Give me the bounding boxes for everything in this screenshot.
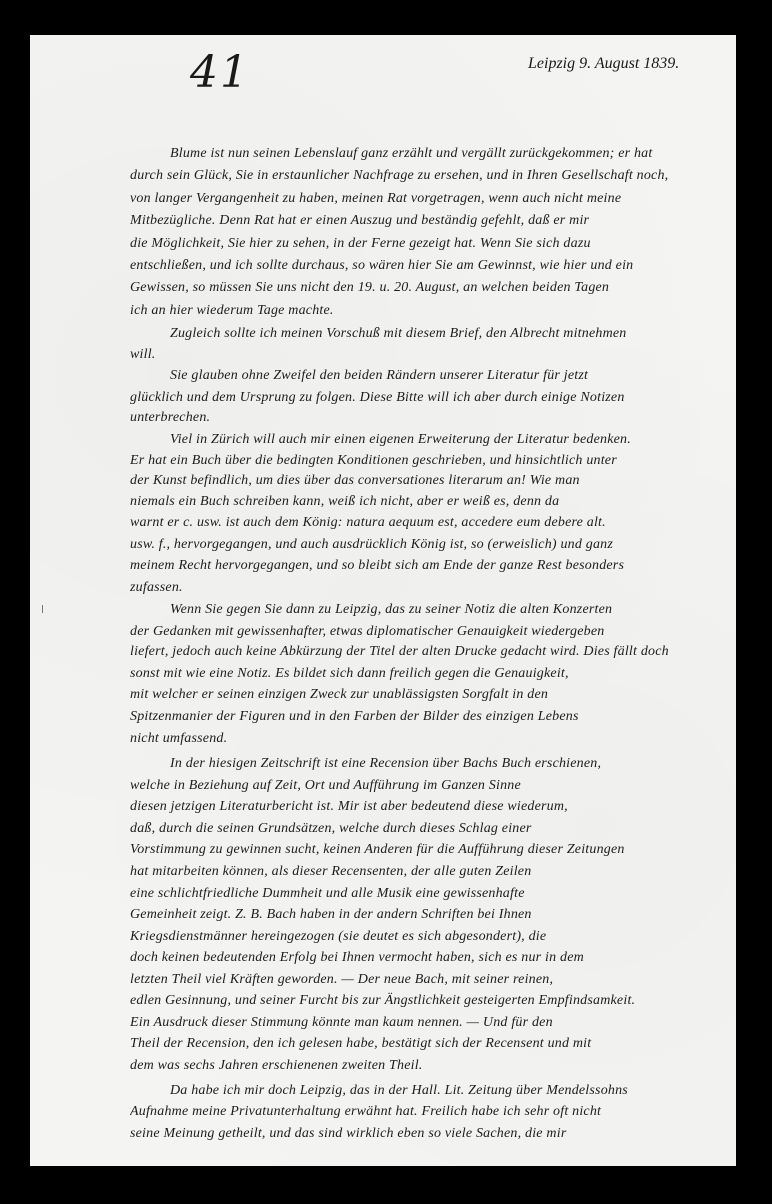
handwritten-line: Wenn Sie gegen Sie dann zu Leipzig, das … xyxy=(170,601,702,619)
handwritten-line: Gewissen, so müssen Sie uns nicht den 19… xyxy=(130,279,702,297)
handwritten-line: Da habe ich mir doch Leipzig, das in der… xyxy=(170,1082,702,1100)
handwritten-line: entschließen, und ich sollte durchaus, s… xyxy=(130,257,702,275)
handwritten-line: warnt er c. usw. ist auch dem König: nat… xyxy=(130,514,702,532)
handwritten-line: Spitzenmanier der Figuren und in den Far… xyxy=(130,708,702,726)
handwritten-line: Sie glauben ohne Zweifel den beiden Ränd… xyxy=(170,367,702,385)
handwritten-line: dem was sechs Jahren erschienenen zweite… xyxy=(130,1057,702,1075)
handwritten-line: Ein Ausdruck dieser Stimmung könnte man … xyxy=(130,1014,702,1032)
handwritten-line: meinem Recht hervorgegangen, und so blei… xyxy=(130,557,702,575)
manuscript-page: 41 Leipzig 9. August 1839. Blume ist nun… xyxy=(30,35,736,1166)
handwritten-line: Gemeinheit zeigt. Z. B. Bach haben in de… xyxy=(130,906,702,924)
handwritten-line: In der hiesigen Zeitschrift ist eine Rec… xyxy=(170,755,702,773)
handwritten-line: Theil der Recension, den ich gelesen hab… xyxy=(130,1035,702,1053)
handwritten-line: will. xyxy=(130,346,702,364)
handwritten-line: der Gedanken mit gewissenhafter, etwas d… xyxy=(130,623,702,641)
handwritten-line: mit welcher er seinen einzigen Zweck zur… xyxy=(130,686,702,704)
handwritten-line: usw. f., hervorgegangen, und auch ausdrü… xyxy=(130,536,702,554)
handwritten-line: sonst mit wie eine Notiz. Es bildet sich… xyxy=(130,665,702,683)
handwritten-line: Mitbezügliche. Denn Rat hat er einen Aus… xyxy=(130,212,702,230)
handwritten-line: die Möglichkeit, Sie hier zu sehen, in d… xyxy=(130,235,702,253)
folio-number: 41 xyxy=(190,47,250,98)
handwritten-line: der Kunst befindlich, um dies über das c… xyxy=(130,472,702,490)
handwritten-line: Er hat ein Buch über die bedingten Kondi… xyxy=(130,452,702,470)
handwritten-line: Vorstimmung zu gewinnen sucht, keinen An… xyxy=(130,841,702,859)
handwritten-line: unterbrechen. xyxy=(130,409,702,427)
handwritten-line: nicht umfassend. xyxy=(130,730,702,748)
handwritten-line: Aufnahme meine Privatunterhaltung erwähn… xyxy=(130,1103,702,1121)
handwritten-line: eine schlichtfriedliche Dummheit und all… xyxy=(130,885,702,903)
handwritten-line: von langer Vergangenheit zu haben, meine… xyxy=(130,190,702,208)
handwritten-line: daß, durch die seinen Grundsätzen, welch… xyxy=(130,820,702,838)
handwritten-line: hat mitarbeiten können, als dieser Recen… xyxy=(130,863,702,881)
handwritten-line: welche in Beziehung auf Zeit, Ort und Au… xyxy=(130,777,702,795)
handwritten-line: doch keinen bedeutenden Erfolg bei Ihnen… xyxy=(130,949,702,967)
handwritten-line: liefert, jedoch auch keine Abkürzung der… xyxy=(130,643,702,661)
handwritten-line: letzten Theil viel Kräften geworden. — D… xyxy=(130,971,702,989)
handwritten-line: edlen Gesinnung, und seiner Furcht bis z… xyxy=(130,992,702,1010)
handwritten-line: durch sein Glück, Sie in erstaunlicher N… xyxy=(130,167,702,185)
handwritten-line: zufassen. xyxy=(130,579,702,597)
place-date: Leipzig 9. August 1839. xyxy=(528,55,679,73)
handwritten-line: ich an hier wiederum Tage machte. xyxy=(130,302,702,320)
margin-mark xyxy=(42,605,43,613)
handwritten-line: seine Meinung getheilt, und das sind wir… xyxy=(130,1125,702,1143)
handwritten-line: glücklich und dem Ursprung zu folgen. Di… xyxy=(130,389,702,407)
handwritten-line: Blume ist nun seinen Lebenslauf ganz erz… xyxy=(170,145,702,163)
handwritten-line: Kriegsdienstmänner hereingezogen (sie de… xyxy=(130,928,702,946)
handwritten-line: Zugleich sollte ich meinen Vorschuß mit … xyxy=(170,325,702,343)
handwritten-line: diesen jetzigen Literaturbericht ist. Mi… xyxy=(130,798,702,816)
handwritten-line: Viel in Zürich will auch mir einen eigen… xyxy=(170,431,702,449)
handwritten-line: niemals ein Buch schreiben kann, weiß ic… xyxy=(130,493,702,511)
